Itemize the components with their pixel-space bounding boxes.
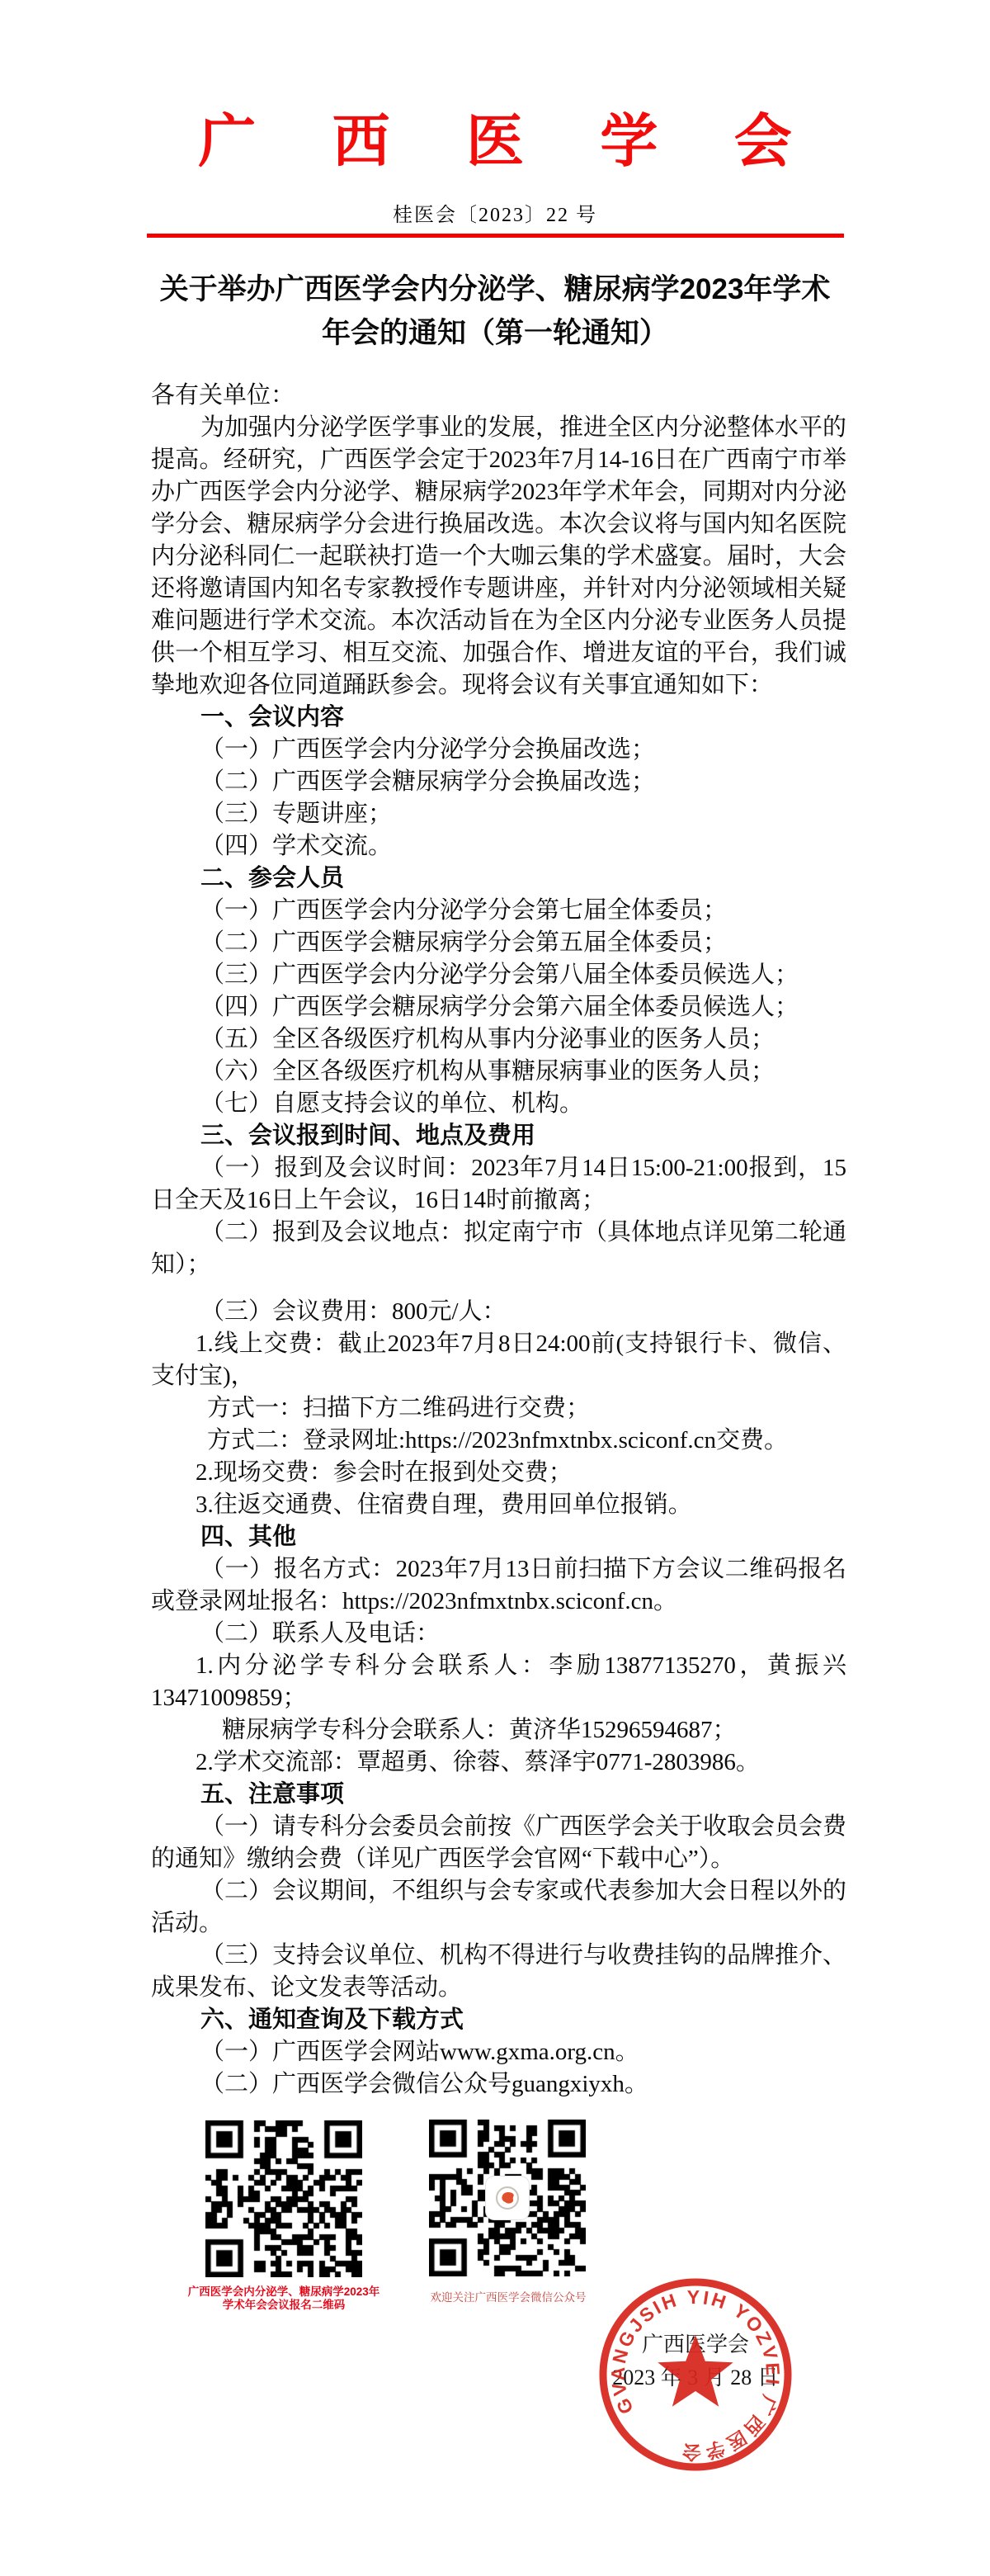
section-2-item-3: （三）广西医学会内分泌学分会第八届全体委员候选人； xyxy=(151,959,846,991)
notice-footer: 广西医学会内分泌学、糖尿病学2023年 学术年会会议报名二维码 欢迎关注广西医学… xyxy=(0,2101,990,2559)
notice-body: 各有关单位： 为加强内分泌学医学事业的发展，推进全区内分泌整体水平的提高。经研究… xyxy=(151,380,846,2101)
seal-star-icon xyxy=(658,2335,733,2407)
section-6-heading: 六、通知查询及下载方式 xyxy=(151,2004,846,2036)
contact-diabetes: 糖尿病学专科分会联系人：黄济华15296594687； xyxy=(151,1714,846,1746)
section-3-heading: 三、会议报到时间、地点及费用 xyxy=(151,1120,846,1152)
section-2-item-4: （四）广西医学会糖尿病学分会第六届全体委员候选人； xyxy=(151,991,846,1023)
registration-qr-caption: 广西医学会内分泌学、糖尿病学2023年 学术年会会议报名二维码 xyxy=(160,2285,408,2312)
official-seal: GVANGJSIH YIH YOZVEI 广西医学会 xyxy=(593,2272,798,2477)
section-2-item-5: （五）全区各级医疗机构从事内分泌事业的医务人员； xyxy=(151,1023,846,1056)
section-1-item-4: （四）学术交流。 xyxy=(151,830,846,863)
section-4-item-1: （一）报名方式：2023年7月13日前扫描下方会议二维码报名或登录网址报名：ht… xyxy=(151,1553,846,1618)
fee-method-2: 方式二：登录网址:https://2023nfmxtnbx.sciconf.cn… xyxy=(151,1425,846,1457)
section-5-item-2: （二）会议期间，不组织与会专家或代表参加大会日程以外的活动。 xyxy=(151,1875,846,1940)
official-notice-document: 广西医学会 桂医会〔2023〕22 号 关于举办广西医学会内分泌学、糖尿病学20… xyxy=(0,0,990,2576)
section-1-item-2: （二）广西医学会糖尿病学分会换届改选； xyxy=(151,766,846,798)
intro-paragraph: 为加强内分泌学医学事业的发展，推进全区内分泌整体水平的提高。经研究，广西医学会定… xyxy=(151,412,846,702)
section-2-item-2: （二）广西医学会糖尿病学分会第五届全体委员； xyxy=(151,927,846,959)
letterhead: 广西医学会 xyxy=(0,0,990,191)
section-6-item-1: （一）广西医学会网站www.gxma.org.cn。 xyxy=(151,2036,846,2068)
contact-endocrinology: 1.内分泌学专科分会联系人：李励13877135270，黄振兴134710098… xyxy=(151,1650,846,1714)
section-5-item-1: （一）请专科分会委员会前按《广西医学会关于收取会员会费的通知》缴纳会费（详见广西… xyxy=(151,1811,846,1875)
paragraph-gap xyxy=(151,1281,846,1296)
notice-title-line1: 关于举办广西医学会内分泌学、糖尿病学2023年学术 xyxy=(0,267,990,311)
section-4-heading: 四、其他 xyxy=(151,1521,846,1553)
notice-title-line2: 年会的通知（第一轮通知） xyxy=(0,311,990,355)
document-number: 桂医会〔2023〕22 号 xyxy=(0,203,990,228)
section-2-item-1: （一）广西医学会内分泌学分会第七届全体委员； xyxy=(151,895,846,927)
fee-onsite: 2.现场交费：参会时在报到处交费； xyxy=(151,1457,846,1489)
fee-travel: 3.往返交通费、住宿费自理，费用回单位报销。 xyxy=(151,1489,846,1521)
notice-title: 关于举办广西医学会内分泌学、糖尿病学2023年学术 年会的通知（第一轮通知） xyxy=(0,267,990,355)
registration-qr-image xyxy=(205,2120,362,2277)
registration-qr-code xyxy=(205,2120,362,2277)
contact-academic-dept: 2.学术交流部：覃超勇、徐蓉、蔡泽宇0771-2803986。 xyxy=(151,1746,846,1779)
wechat-qr-logo-badge xyxy=(486,2177,529,2219)
section-4-item-2: （二）联系人及电话： xyxy=(151,1618,846,1650)
gxma-logo-icon xyxy=(493,2184,521,2212)
registration-qr-caption-line1: 广西医学会内分泌学、糖尿病学2023年 xyxy=(160,2285,408,2299)
section-3-item-2: （二）报到及会议地点：拟定南宁市（具体地点详见第二轮通知）； xyxy=(151,1217,846,1281)
section-5-heading: 五、注意事项 xyxy=(151,1779,846,1811)
fee-online: 1.线上交费：截止2023年7月8日24:00前(支持银行卡、微信、支付宝)， xyxy=(151,1328,846,1392)
section-3-item-3: （三）会议费用：800元/人： xyxy=(151,1296,846,1328)
section-6-item-2: （二）广西医学会微信公众号guangxiyxh。 xyxy=(151,2068,846,2101)
registration-qr-caption-line2: 学术年会会议报名二维码 xyxy=(160,2299,408,2312)
fee-method-1: 方式一：扫描下方二维码进行交费； xyxy=(151,1392,846,1425)
section-3-item-1: （一）报到及会议时间：2023年7月14日15:00-21:00报到，15日全天… xyxy=(151,1152,846,1217)
section-2-item-7: （七）自愿支持会议的单位、机构。 xyxy=(151,1088,846,1120)
section-5-item-3: （三）支持会议单位、机构不得进行与收费挂钩的品牌推介、成果发布、论文发表等活动。 xyxy=(151,1940,846,2004)
section-1-heading: 一、会议内容 xyxy=(151,702,846,734)
section-2-heading: 二、参会人员 xyxy=(151,863,846,895)
wechat-qr-code xyxy=(429,2120,586,2276)
org-name: 广西医学会 xyxy=(198,111,868,174)
letterhead-rule xyxy=(147,234,844,238)
section-1-item-1: （一）广西医学会内分泌学分会换届改选； xyxy=(151,734,846,766)
salutation: 各有关单位： xyxy=(151,380,846,412)
section-1-item-3: （三）专题讲座； xyxy=(151,798,846,830)
section-2-item-6: （六）全区各级医疗机构从事糖尿病事业的医务人员； xyxy=(151,1056,846,1088)
